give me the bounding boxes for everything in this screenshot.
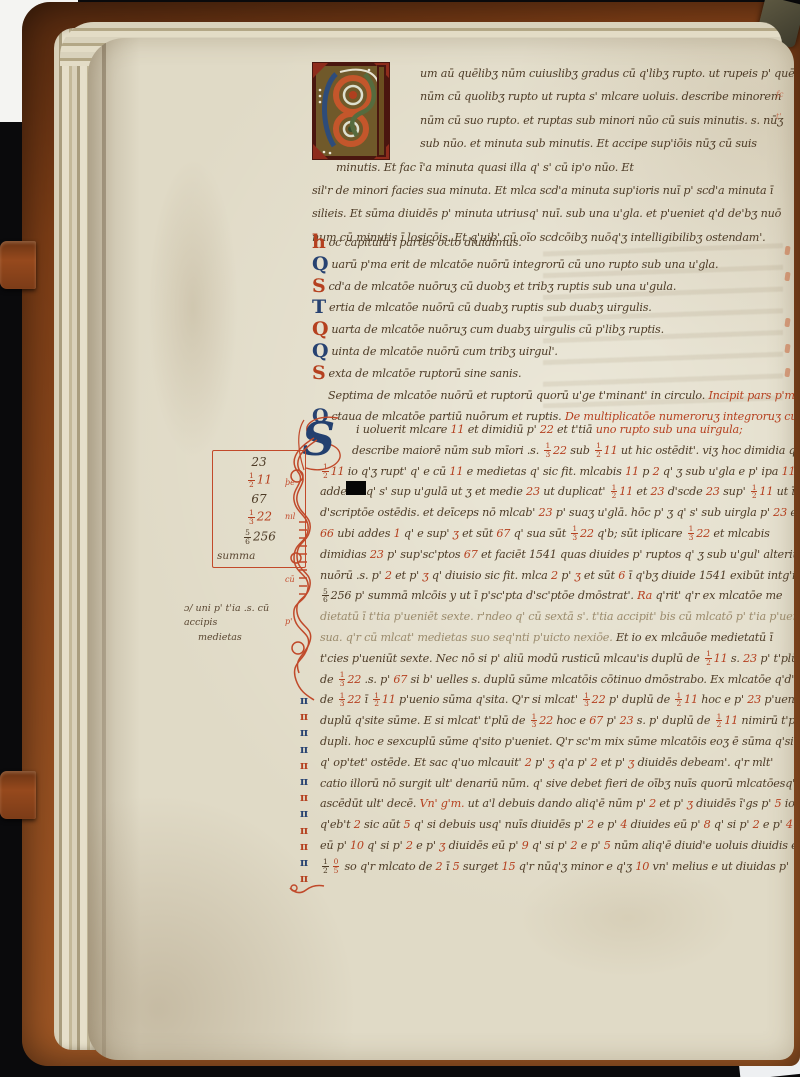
text-run: hoc e p' — [698, 693, 747, 706]
text-run: sua. q'r cū mlcat' medietas suo seq'nti … — [320, 631, 616, 644]
computation-row: 23 — [251, 456, 266, 468]
text-run: q'b; sūt iplicare — [594, 527, 686, 540]
text-run: q'rit' q'r ex mlcatōe me — [652, 589, 782, 602]
text-run: diuidēs eū p' — [445, 839, 521, 852]
text-run: duplū q'site sūme. E si mlcat' t'plū de — [320, 714, 529, 727]
line-filler-glyph: π — [296, 742, 312, 758]
text-run: nūm aliq'ē diuid'e uoluis diuidis eū p' — [611, 839, 794, 852]
margin-computation-box: summa 23121167132256256 — [212, 450, 306, 568]
chapter-line: Sexta de mlcatōe ruptorū sine sanis. — [312, 363, 794, 385]
text-run: exta de mlcatōe ruptorū sine sanis. — [329, 367, 522, 380]
text-run: e medietas q' sic fit. mlcabis — [463, 465, 625, 478]
text-run: diuidēs — [793, 818, 794, 831]
text-run: 2 — [406, 839, 413, 852]
text-run: 11 — [619, 485, 633, 498]
text-run: et faciēt 1541 quas diuides p' ruptos q'… — [478, 548, 794, 561]
text-run: ut a'l debuis dando aliq'ē nūm p' — [464, 797, 649, 810]
text-run: de — [320, 673, 337, 686]
stacked-fraction: 56 — [322, 588, 329, 604]
text-run: q'a p' — [554, 756, 590, 769]
text-run: s. p' duplū de — [633, 714, 713, 727]
text-run: 11 — [684, 693, 698, 706]
text-run: 11 — [449, 465, 463, 478]
line-filler-glyph: π — [296, 855, 312, 871]
text-run: 10 — [350, 839, 364, 852]
text-run: et sūt — [581, 569, 619, 582]
line-filler-glyph: π — [296, 725, 312, 741]
manuscript-text-line: 1211 io q'ʒ rupt' q' e cū 11 e medietas … — [320, 462, 794, 483]
text-run: e p' — [759, 818, 785, 831]
text-run: 2 — [354, 818, 361, 831]
text-run: et t'tiā — [554, 423, 596, 436]
text-run: 23 — [743, 652, 757, 665]
text-run: 2 — [385, 569, 392, 582]
text-run: 256 p' summā mlcōis y ut ī p'sc'pta d'sc… — [331, 589, 638, 602]
text-run: um aū quēlibʒ nūm cuiuslibʒ gradus cū q'… — [420, 67, 794, 80]
text-run: 22 — [553, 444, 567, 457]
text-run: q' si debuis usq' nuīs diuidēs p' — [410, 818, 587, 831]
line-filler-glyph: π — [296, 758, 312, 774]
text-run: uarū p'ma erit de mlcatōe nuōrū integror… — [331, 258, 718, 271]
text-run: dupli. hoc e sexcuplū sūme q'sito p'ueni… — [320, 735, 794, 748]
margin-mark: cū — [285, 575, 295, 584]
text-run: t'cies p'ueniūt sexte. Nec nō si p' aliū… — [320, 652, 703, 665]
manuscript-text-line: ascēdūt ult' decē. Vn' g'm. ut a'l debui… — [320, 794, 794, 815]
chapter-initial: S — [312, 275, 329, 297]
stacked-fraction: 12 — [248, 472, 255, 488]
text-run: q' diuisio sic fit. mlca — [429, 569, 551, 582]
text-run: et p' — [656, 797, 687, 810]
text-run: 23 — [620, 714, 634, 727]
chapter-list: hoc capitulū ī partes octo diuidimus.Qua… — [312, 232, 794, 428]
manuscript-text-line: 1205 so q'r mlcato de 2 ī 5 surget 15 q'… — [320, 857, 794, 878]
text-run: p — [639, 465, 653, 478]
parchment-page: um aū quēlibʒ nūm cuiuslibʒ gradus cū q'… — [88, 38, 794, 1060]
stacked-fraction: 13 — [688, 525, 695, 541]
line-filler-glyph: π — [296, 839, 312, 855]
text-run: 22 — [539, 714, 553, 727]
manuscript-text-line: silieis. Et sūma diuidēs p' minuta utriu… — [312, 202, 794, 225]
manuscript-text-line: sua. q'r cū mlcat' medietas suo seq'nti … — [320, 628, 794, 649]
text-run: nimirū t'plū — [738, 714, 794, 727]
text-run: uno rupto sub una uirgula; — [596, 423, 743, 436]
line-filler-glyph: π — [296, 709, 312, 725]
text-run: 23 — [747, 693, 761, 706]
manuscript-text-line: dietatū ī t'tia p'ueniēt sexte. r'ndeo q… — [320, 607, 794, 628]
text-run: 15 — [502, 860, 516, 873]
text-run: q'r nūq'ʒ minor e q'ʒ — [515, 860, 635, 873]
text-run: e p' — [413, 839, 439, 852]
stacked-fraction: 12 — [611, 484, 618, 500]
text-run: p'uenio sūma q'sita. Q'r si mlcat' — [396, 693, 581, 706]
text-run: io — [781, 797, 794, 810]
stacked-fraction: 13 — [544, 442, 551, 458]
text-run: 67 — [464, 548, 478, 561]
stacked-fraction: 56 — [244, 529, 251, 545]
text-run: et p' — [597, 756, 628, 769]
text-run: et p' — [392, 569, 423, 582]
text-run: et mlcabis — [710, 527, 770, 540]
photo-artifact-black-rectangle — [346, 481, 366, 495]
manuscript-text-line: nūm cū quolibʒ rupto ut rupta s' mlcare … — [420, 85, 794, 108]
text-run: 22 — [347, 673, 361, 686]
text-run: describe maiorē nūm sub mīori .s. — [352, 444, 542, 457]
text-run: 67 — [589, 714, 603, 727]
computation-row: 67 — [251, 493, 266, 505]
text-run: sub nūo. et minuta sub minutis. Et accip… — [420, 137, 757, 150]
text-run: de — [320, 693, 337, 706]
chapter-line: Quarū p'ma erit de mlcatōe nuōrū integro… — [312, 254, 794, 276]
manuscript-text-line: eū p' 10 q' si p' 2 e p' ʒ diuidēs eū p'… — [320, 836, 794, 857]
text-run: et sūt — [459, 527, 497, 540]
stacked-fraction: 13 — [531, 713, 538, 729]
text-run: Incipit pars p'ma — [708, 389, 794, 402]
chapter-line: Quarta de mlcatōe nuōruʒ cum duabʒ uirgu… — [312, 319, 794, 341]
text-run: 11 — [724, 714, 738, 727]
text-run: 11 — [759, 485, 773, 498]
text-run: ertia de mlcatōe nuōrū cū duabʒ ruptis s… — [329, 301, 652, 314]
chapter-line: Quinta de mlcatōe nuōrū cum tribʒ uirgul… — [312, 341, 794, 363]
text-run: ī — [361, 693, 371, 706]
line-filler-glyph: π — [296, 806, 312, 822]
manuscript-text-line: q' op'tet' ostēde. Et sac q'uo mlcauit' … — [320, 753, 794, 774]
text-run: 2 — [587, 818, 594, 831]
margin-note-line: medietas — [198, 631, 304, 645]
text-run: q' s' sup u'gulā ut ʒ et medie — [363, 485, 526, 498]
chapter-line: Scd'a de mlcatōe nuōruʒ cū duobʒ et trib… — [312, 276, 794, 298]
text-run: Vn' g'm. — [420, 797, 465, 810]
chapter-initial: S — [312, 362, 329, 384]
manuscript-photo: um aū quēlibʒ nūm cuiuslibʒ gradus cū q'… — [0, 0, 800, 1077]
text-run: 5 — [604, 839, 611, 852]
stacked-fraction: 12 — [705, 650, 712, 666]
manuscript-text-line: de 1322 .s. p' 67 si b' uelles s. duplū … — [320, 670, 794, 691]
stacked-fraction: 13 — [339, 692, 346, 708]
text-run: 22 — [540, 423, 554, 436]
text-run: q' ʒ sub u'gla e p' ipa — [660, 465, 782, 478]
text-run: q' op'tet' ostēde. Et sac q'uo mlcauit' — [320, 756, 525, 769]
stacked-fraction: 13 — [571, 525, 578, 541]
gutter-crease — [102, 38, 106, 1060]
text-run: nuōrū .s. p' — [320, 569, 385, 582]
text-run: ī q'bʒ diuide 1541 exibūt intg'i — [625, 569, 794, 582]
text-run: 11 — [604, 444, 618, 457]
text-run: Septima de mlcatōe nuōrū et ruptorū quor… — [328, 389, 708, 402]
text-run: 67 — [496, 527, 510, 540]
text-run: d'scde — [664, 485, 706, 498]
manuscript-text-line: catio illorū nō surgit ult' denariū nūm.… — [320, 774, 794, 795]
text-run: 66 — [320, 527, 334, 540]
manuscript-text-line: de 1322 ī 1211 p'uenio sūma q'sita. Q'r … — [320, 690, 794, 711]
text-run: ut duplicat' — [540, 485, 609, 498]
manuscript-text-line: sub nūo. et minuta sub minutis. Et accip… — [420, 132, 794, 155]
text-run: ascēdūt ult' decē. — [320, 797, 420, 810]
text-run: q' si p' — [711, 818, 753, 831]
chapter-initial: Q — [312, 340, 331, 362]
manuscript-text-line: describe maiorē nūm sub mīori .s. 1322 s… — [352, 441, 794, 462]
manuscript-text-line: i uoluerit mlcare 11 et dimidiū p' 22 et… — [356, 420, 794, 441]
stacked-fraction: 12 — [751, 484, 758, 500]
chapter-initial: T — [312, 296, 329, 318]
text-run: et erūt — [787, 506, 794, 519]
text-run: nūm cū suo rupto. et ruptas sub minori n… — [420, 114, 783, 127]
text-run: 1 — [394, 527, 401, 540]
text-run: 23 — [706, 485, 720, 498]
margin-mark: þe — [285, 478, 295, 487]
text-run: 10 — [635, 860, 649, 873]
stacked-fraction: 13 — [248, 509, 255, 525]
text-run: 23 — [651, 485, 665, 498]
margin-mark: nıl — [285, 512, 295, 521]
chapter-initial: Q — [312, 318, 331, 340]
text-run: 11 — [451, 423, 465, 436]
manuscript-text-line: d'scriptōe ostēdis. et deīceps nō mlcab'… — [320, 503, 794, 524]
margin-mark: fc — [776, 90, 783, 99]
text-run: nūm cū quolibʒ rupto ut rupta s' mlcare … — [420, 90, 781, 103]
text-run: 23 — [773, 506, 787, 519]
manuscript-text-line: 66 ubi addes 1 q' e sup' ʒ et sūt 67 q' … — [320, 524, 794, 545]
computation-row: 1211 — [246, 472, 272, 488]
text-run: et — [633, 485, 650, 498]
text-run: et dimidiū p' — [464, 423, 539, 436]
stacked-fraction: 13 — [339, 671, 346, 687]
text-run: ī — [442, 860, 452, 873]
manuscript-text-line: t'cies p'ueniūt sexte. Nec nō si p' aliū… — [320, 649, 794, 670]
manuscript-text-line: nūm cū suo rupto. et ruptas sub minori n… — [420, 109, 794, 132]
text-run: si b' uelles s. duplū sūme mlcatōis cōti… — [407, 673, 794, 686]
line-filler-column: ππππππππππππ — [296, 693, 312, 887]
text-run: silieis. Et sūma diuidēs p' minuta utriu… — [312, 207, 781, 220]
text-run: 22 — [347, 693, 361, 706]
manuscript-text-line: dupli. hoc e sexcuplū sūme q'sito p'ueni… — [320, 732, 794, 753]
text-run: minutis. Et fac ī'a minuta quasi illa q'… — [336, 161, 634, 174]
text-run: 22 — [592, 693, 606, 706]
text-run: 23 — [526, 485, 540, 498]
text-run: s. — [728, 652, 744, 665]
text-run: i uoluerit mlcare — [356, 423, 451, 436]
text-run: ubi addes — [334, 527, 394, 540]
text-run: p' — [558, 569, 575, 582]
text-run: 4 — [786, 818, 793, 831]
manuscript-text-line: um aū quēlibʒ nūm cuiuslibʒ gradus cū q'… — [420, 62, 794, 85]
chapter-line: Septima de mlcatōe nuōrū et ruptorū quor… — [312, 385, 794, 407]
text-run: .s. p' — [361, 673, 393, 686]
text-run: ut ī — [773, 485, 794, 498]
line-filler-glyph: π — [296, 871, 312, 887]
computation-row: 1322 — [246, 509, 272, 525]
manuscript-text-line: 56256 p' summā mlcōis y ut ī p'sc'pta d'… — [320, 586, 794, 607]
text-run: sub — [567, 444, 593, 457]
margin-mark: p' — [285, 617, 292, 626]
computation-value: 11 — [257, 473, 272, 487]
margin-mark: t' — [776, 112, 781, 121]
text-run: 11 — [782, 465, 794, 478]
computation-value: 67 — [251, 492, 266, 506]
text-run: diuidēs ī'gs p' — [693, 797, 775, 810]
text-run: q' si p' — [529, 839, 571, 852]
text-run: so q'r mlcato de — [341, 860, 435, 873]
text-run: p' — [532, 756, 549, 769]
text-run: p' — [603, 714, 620, 727]
text-run: dimidias — [320, 548, 370, 561]
manuscript-text-line: dimidias 23 p' sup'sc'ptos 67 et faciēt … — [320, 545, 794, 566]
stacked-fraction: 13 — [583, 692, 590, 708]
stacked-fraction: 12 — [595, 442, 602, 458]
chapter-line: Tertia de mlcatōe nuōrū cū duabʒ ruptis … — [312, 297, 794, 319]
text-run: sil'r de minori facies sua minuta. Et ml… — [312, 184, 773, 197]
text-run: 67 — [393, 673, 407, 686]
manuscript-text-line: q'eb't 2 sic aūt 5 q' si debuis usq' nuī… — [320, 815, 794, 836]
line-filler-glyph: π — [296, 774, 312, 790]
text-run: dietatū ī t'tia p'ueniēt sexte. r'ndeo q… — [320, 610, 794, 623]
manuscript-text-line: minutis. Et fac ī'a minuta quasi illa q'… — [336, 156, 794, 179]
computation-value: 23 — [251, 455, 266, 469]
worked-example-paragraph: i uoluerit mlcare 11 et dimidiū p' 22 et… — [312, 420, 794, 878]
parchment-stain — [148, 158, 238, 458]
text-run: 9 — [522, 839, 529, 852]
text-run: 2 — [525, 756, 532, 769]
text-run: p' suaʒ u'glā. hōc p' ʒ q' s' sub uirgla… — [552, 506, 773, 519]
text-run: 23 — [370, 548, 384, 561]
text-run: e p' — [594, 818, 620, 831]
text-run: p' sup'sc'ptos — [384, 548, 464, 561]
text-run: 2 — [653, 465, 660, 478]
computation-value: 256 — [253, 530, 276, 544]
text-run: uarta de mlcatōe nuōruʒ cum duabʒ uirgul… — [331, 323, 664, 336]
text-run: catio illorū nō surgit ult' denariū nūm.… — [320, 777, 794, 790]
text-run: 8 — [704, 818, 711, 831]
text-run: hoc e — [553, 714, 589, 727]
text-run: uinta de mlcatōe nuōrū cum tribʒ uirgul'… — [331, 345, 557, 358]
text-run: oc capitulū ī partes octo diuidimus. — [329, 236, 522, 249]
chapter-initial: h — [312, 231, 329, 253]
manuscript-text-line: addes 1 q' s' sup u'gulā ut ʒ et medie 2… — [320, 482, 794, 503]
chapter-line: hoc capitulū ī partes octo diuidimus. — [312, 232, 794, 254]
line-filler-glyph: π — [296, 823, 312, 839]
chapter-initial: Q — [312, 253, 331, 275]
line-filler-glyph: π — [296, 693, 312, 709]
text-run: 2 — [551, 569, 558, 582]
text-run: diuides eū p' — [627, 818, 703, 831]
text-run: Ra — [637, 589, 652, 602]
computation-sum-label: summa — [217, 550, 255, 562]
text-run: 22 — [696, 527, 710, 540]
text-run: q' si p' — [364, 839, 406, 852]
stacked-fraction: 12 — [322, 858, 329, 874]
text-run: diuidēs debeam'. q'r mlt' — [634, 756, 773, 769]
text-run: sup' — [720, 485, 749, 498]
text-run: sic aūt — [361, 818, 404, 831]
text-run: eū p' — [320, 839, 350, 852]
text-run: ut hic ostēdit'. viʒ hoc dimidia q'; — [618, 444, 794, 457]
text-run: surget — [459, 860, 501, 873]
stacked-fraction: 12 — [716, 713, 723, 729]
text-run: p'ueniet — [761, 693, 794, 706]
text-run: q' e sup' — [401, 527, 453, 540]
text-run: p' duplū de — [606, 693, 674, 706]
text-run: e p' — [577, 839, 603, 852]
text-run: io q'ʒ rupt' q' e cū — [344, 465, 449, 478]
stacked-fraction: 05 — [333, 858, 340, 874]
binding-strap — [0, 241, 36, 289]
computation-value: 22 — [257, 510, 272, 524]
text-run: Et io ex mlcāuōe medietatū ī — [616, 631, 773, 644]
manuscript-text-line: duplū q'site sūme. E si mlcat' t'plū de … — [320, 711, 794, 732]
text-run: p' t'plū — [757, 652, 794, 665]
computation-row: 56256 — [242, 529, 276, 545]
text-run: d'scriptōe ostēdis. et deīceps nō mlcab' — [320, 506, 539, 519]
line-filler-glyph: π — [296, 790, 312, 806]
text-run: q' sua sūt — [510, 527, 569, 540]
text-run: q'eb't — [320, 818, 354, 831]
text-run: 22 — [580, 527, 594, 540]
stacked-fraction: 12 — [373, 692, 380, 708]
text-run: 23 — [539, 506, 553, 519]
binding-strap — [0, 771, 36, 819]
text-run: vn' melius e ut diuidas p' — [649, 860, 789, 873]
manuscript-text-line: sil'r de minori facies sua minuta. Et ml… — [312, 179, 794, 202]
text-run: cd'a de mlcatōe nuōruʒ cū duobʒ et tribʒ… — [329, 280, 677, 293]
text-run: 11 — [714, 652, 728, 665]
manuscript-text-line: nuōrū .s. p' 2 et p' ʒ q' diuisio sic fi… — [320, 566, 794, 587]
text-run: 11 — [625, 465, 639, 478]
text-run: 11 — [382, 693, 396, 706]
stacked-fraction: 12 — [675, 692, 682, 708]
opening-paragraph: um aū quēlibʒ nūm cuiuslibʒ gradus cū q'… — [312, 62, 794, 249]
